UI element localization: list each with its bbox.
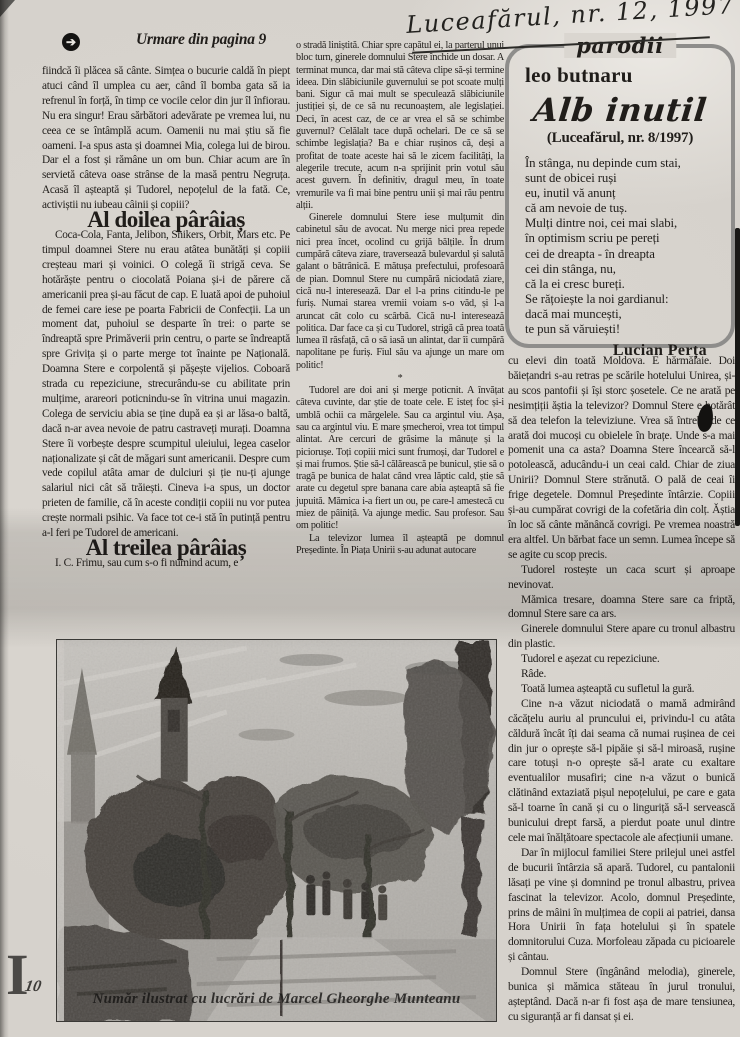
- paragraph: Cine n-a văzut niciodată o mamă admirând…: [508, 697, 735, 846]
- poem-line: în optimism scriu pe pereți: [525, 231, 731, 246]
- parody-poem: În stânga, nu depinde cum stai, sunt de …: [525, 156, 731, 337]
- parody-source: (Luceafărul, nr. 8/1997): [509, 130, 731, 147]
- paragraph: I. C. Frimu, sau cum s-o fi numind acum,…: [42, 556, 290, 571]
- arrow-right-circle-icon: ➔: [62, 33, 80, 51]
- poem-line: cei din stânga, nu,: [525, 262, 731, 277]
- poem-line: sunt de obicei ruși: [525, 171, 731, 186]
- scan-right-edge-mark: [735, 228, 740, 526]
- paragraph: Mămica tresare, doamna Stere sare ca fri…: [508, 593, 735, 623]
- paragraph: Ginerele domnului Stere apare cu tronul …: [508, 622, 735, 652]
- column-3: cu elevi din toată Moldova. E hărmălaie.…: [508, 354, 735, 1025]
- paragraph: Domnul Stere (îngânând melodia), ginerel…: [508, 965, 735, 1025]
- section-heading-second-stream: Al doilea pârâiaș: [42, 213, 290, 228]
- scan-shadow-left-edge: [0, 0, 9, 1037]
- parodist-signature: Lucian Perța: [509, 342, 707, 360]
- paragraph: Râde.: [508, 667, 735, 682]
- paragraph: Tudorel rostește un caca scurt și aproap…: [508, 563, 735, 593]
- page-number: 10: [23, 978, 42, 996]
- asterisk-separator: *: [296, 372, 504, 385]
- poem-line: Mulți dintre noi, cei mai slabi,: [525, 216, 731, 231]
- paragraph: o stradă liniștită. Chiar spre capătul e…: [296, 40, 504, 212]
- folio-initial-letter: I: [6, 942, 29, 1007]
- poem-line: că la ei cresc bureți.: [525, 277, 731, 292]
- poem-line: că am nevoie de tuș.: [525, 201, 731, 216]
- paragraph: Coca-Cola, Fanta, Jelibon, Snikers, Orbi…: [42, 228, 290, 541]
- paragraph: Dar în mijlocul familiei Stere prilejul …: [508, 846, 735, 965]
- continuation-label: Urmare din pagina 9: [112, 31, 290, 49]
- paragraph: fiindcă îi plăcea să cânte. Simțea o buc…: [42, 64, 290, 213]
- paragraph: Toată lumea așteaptă cu sufletul la gură…: [508, 682, 735, 697]
- parody-title: Alb inutil: [507, 91, 733, 129]
- poem-line: eu, inutil vă anunț: [525, 186, 731, 201]
- paragraph: Tudorel e așezat cu repeziciune.: [508, 652, 735, 667]
- painting-caption: Număr ilustrat cu lucrări de Marcel Gheo…: [57, 991, 496, 1008]
- poem-line: În stânga, nu depinde cum stai,: [525, 156, 731, 171]
- continuation-header: ➔ Urmare din pagina 9: [42, 31, 290, 57]
- poem-line: te pun să văruiești!: [525, 322, 731, 337]
- paragraph: Tudorel are doi ani și merge poticnit. A…: [296, 385, 504, 533]
- parodii-rubric-label: parodii: [564, 33, 676, 58]
- column-1: fiindcă îi plăcea să cânte. Simțea o buc…: [42, 64, 290, 571]
- section-heading-third-stream: Al treilea pârâiaș: [42, 541, 290, 556]
- poem-line: cei de dreapta - în dreapta: [525, 247, 731, 262]
- paragraph: Ginerele domnului Stere iese mulțumit di…: [296, 212, 504, 372]
- poem-line: dacă mai muncești,: [525, 307, 731, 322]
- paragraph: cu elevi din toată Moldova. E hărmălaie.…: [508, 354, 735, 563]
- magazine-page: Luceafărul, nr. 12, 1997 ➔ Urmare din pa…: [0, 0, 740, 1037]
- painting-canvas: [57, 640, 496, 1021]
- painting-image: Număr ilustrat cu lucrări de Marcel Gheo…: [56, 639, 497, 1022]
- scan-corner-mark: [0, 0, 15, 17]
- paragraph: La televizor lumea îl așteaptă pe domnul…: [296, 533, 504, 558]
- parodii-box: parodii leo butnaru Alb inutil (Luceafăr…: [505, 44, 735, 348]
- poem-line: Se rățoiește la noi gardianul:: [525, 292, 731, 307]
- folio: I 10: [6, 946, 56, 1010]
- column-2: o stradă liniștită. Chiar spre capătul e…: [296, 40, 504, 557]
- parody-author: leo butnaru: [525, 63, 731, 88]
